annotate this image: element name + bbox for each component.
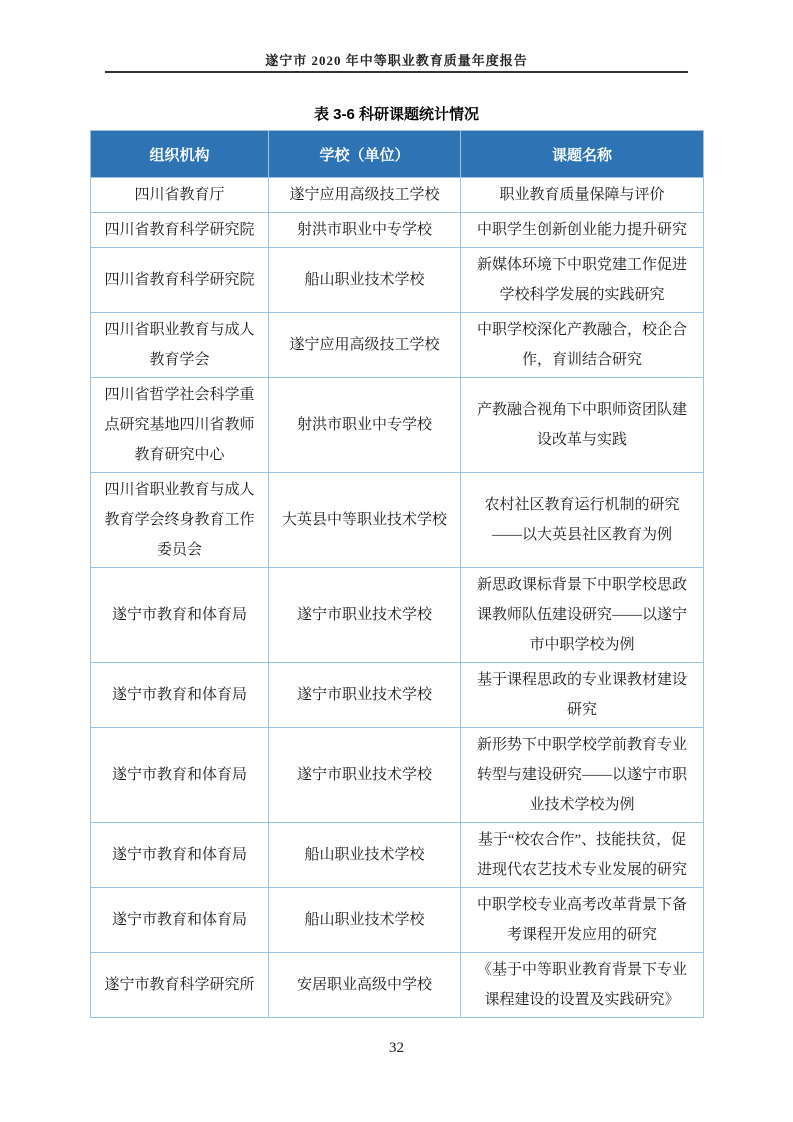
col-header-topic: 课题名称 [461,131,704,178]
cell-organization: 遂宁市教育和体育局 [91,823,269,888]
table-header-row: 组织机构 学校（单位） 课题名称 [91,131,704,178]
cell-school: 射洪市职业中专学校 [269,378,461,473]
cell-topic: 中职学校深化产教融合，校企合作，育训结合研究 [461,313,704,378]
cell-topic: 产教融合视角下中职师资团队建设改革与实践 [461,378,704,473]
table-row: 四川省教育厅 遂宁应用高级技工学校 职业教育质量保障与评价 [91,178,704,213]
cell-organization: 遂宁市教育和体育局 [91,568,269,663]
research-topics-table: 组织机构 学校（单位） 课题名称 四川省教育厅 遂宁应用高级技工学校 职业教育质… [90,130,704,1018]
table-row: 四川省职业教育与成人教育学会终身教育工作委员会 大英县中等职业技术学校 农村社区… [91,473,704,568]
cell-school: 遂宁应用高级技工学校 [269,178,461,213]
cell-school: 遂宁市职业技术学校 [269,728,461,823]
cell-topic: 新形势下中职学校学前教育专业转型与建设研究——以遂宁市职业技术学校为例 [461,728,704,823]
cell-school: 船山职业技术学校 [269,823,461,888]
cell-organization: 四川省教育科学研究院 [91,248,269,313]
cell-school: 遂宁市职业技术学校 [269,663,461,728]
table-row: 四川省职业教育与成人教育学会 遂宁应用高级技工学校 中职学校深化产教融合，校企合… [91,313,704,378]
table-row: 遂宁市教育和体育局 船山职业技术学校 中职学校专业高考改革背景下备考课程开发应用… [91,888,704,953]
table-row: 四川省教育科学研究院 射洪市职业中专学校 中职学生创新创业能力提升研究 [91,213,704,248]
cell-school: 遂宁市职业技术学校 [269,568,461,663]
table-row: 遂宁市教育和体育局 遂宁市职业技术学校 新形势下中职学校学前教育专业转型与建设研… [91,728,704,823]
cell-organization: 四川省职业教育与成人教育学会终身教育工作委员会 [91,473,269,568]
cell-organization: 遂宁市教育和体育局 [91,728,269,823]
cell-organization: 四川省教育科学研究院 [91,213,269,248]
cell-school: 遂宁应用高级技工学校 [269,313,461,378]
table-row: 遂宁市教育和体育局 遂宁市职业技术学校 基于课程思政的专业课教材建设研究 [91,663,704,728]
cell-organization: 四川省教育厅 [91,178,269,213]
cell-topic: 新媒体环境下中职党建工作促进学校科学发展的实践研究 [461,248,704,313]
table-title: 表 3-6 科研课题统计情况 [0,103,793,124]
col-header-school: 学校（单位） [269,131,461,178]
cell-organization: 遂宁市教育和体育局 [91,663,269,728]
cell-topic: 中职学校专业高考改革背景下备考课程开发应用的研究 [461,888,704,953]
cell-organization: 四川省哲学社会科学重点研究基地四川省教师教育研究中心 [91,378,269,473]
cell-school: 船山职业技术学校 [269,888,461,953]
cell-school: 射洪市职业中专学校 [269,213,461,248]
doc-header: 遂宁市 2020 年中等职业教育质量年度报告 [0,50,793,69]
header-rule-divider [105,71,688,73]
table-row: 遂宁市教育和体育局 遂宁市职业技术学校 新思政课标背景下中职学校思政课教师队伍建… [91,568,704,663]
cell-topic: 中职学生创新创业能力提升研究 [461,213,704,248]
cell-topic: 《基于中等职业教育背景下专业课程建设的设置及实践研究》 [461,953,704,1018]
cell-topic: 职业教育质量保障与评价 [461,178,704,213]
cell-topic: 新思政课标背景下中职学校思政课教师队伍建设研究——以遂宁市中职学校为例 [461,568,704,663]
table-row: 四川省教育科学研究院 船山职业技术学校 新媒体环境下中职党建工作促进学校科学发展… [91,248,704,313]
table-row: 遂宁市教育和体育局 船山职业技术学校 基于“校农合作”、技能扶贫，促进现代农艺技… [91,823,704,888]
cell-organization: 遂宁市教育科学研究所 [91,953,269,1018]
cell-school: 安居职业高级中学校 [269,953,461,1018]
cell-school: 船山职业技术学校 [269,248,461,313]
cell-organization: 遂宁市教育和体育局 [91,888,269,953]
cell-organization: 四川省职业教育与成人教育学会 [91,313,269,378]
cell-topic: 农村社区教育运行机制的研究——以大英县社区教育为例 [461,473,704,568]
col-header-organization: 组织机构 [91,131,269,178]
table-row: 四川省哲学社会科学重点研究基地四川省教师教育研究中心 射洪市职业中专学校 产教融… [91,378,704,473]
page-number: 32 [0,1040,793,1057]
cell-school: 大英县中等职业技术学校 [269,473,461,568]
cell-topic: 基于“校农合作”、技能扶贫，促进现代农艺技术专业发展的研究 [461,823,704,888]
cell-topic: 基于课程思政的专业课教材建设研究 [461,663,704,728]
table-row: 遂宁市教育科学研究所 安居职业高级中学校 《基于中等职业教育背景下专业课程建设的… [91,953,704,1018]
